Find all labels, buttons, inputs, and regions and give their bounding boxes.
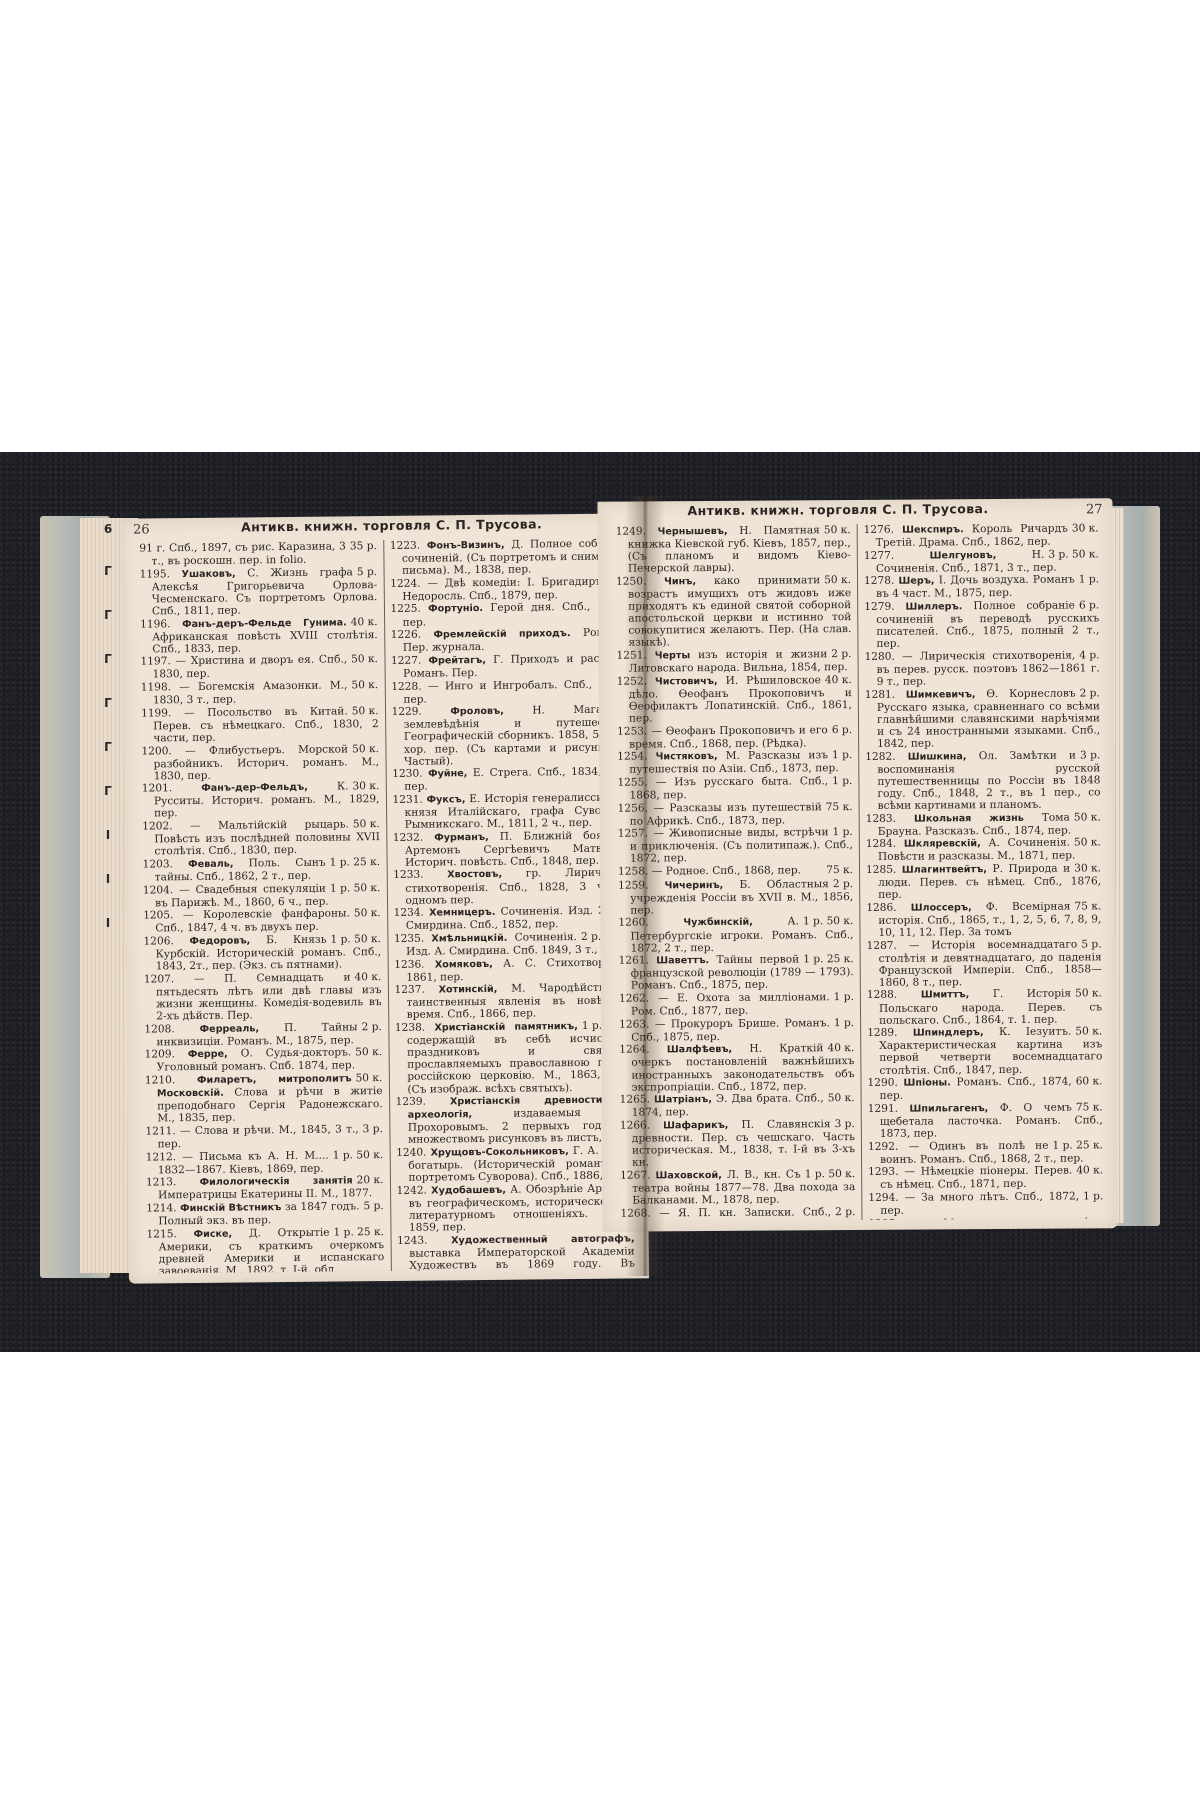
catalog-entry: 50 к.1289. Шпиндлеръ, К. Іезуитъ. Характ… bbox=[867, 1026, 1102, 1077]
entry-price: 2 р. bbox=[1075, 687, 1099, 699]
catalog-entry: 3 р.1266. Шафарикъ, П. Славянскія древно… bbox=[620, 1118, 855, 1169]
entry-author: Шатріанъ, bbox=[654, 1094, 712, 1105]
catalog-entry: 50 к.1265. Шатріанъ, Э. Два брата. Спб.,… bbox=[620, 1092, 855, 1119]
catalog-entry: 1227. Фрейтагъ, Г. Приходъ и расходъ. Ро… bbox=[391, 652, 629, 680]
entry-number: 1236. bbox=[394, 958, 424, 970]
entry-text: — Лирическія стихотворенія, въ перев. ру… bbox=[877, 649, 1100, 688]
entry-number: 1259. bbox=[618, 879, 648, 891]
entry-author: Чистовичъ, bbox=[655, 676, 718, 687]
catalog-entry: 1 р.1255. — Изъ русскаго быта. Спб., 186… bbox=[617, 775, 852, 802]
entry-number: 1226. bbox=[391, 629, 421, 641]
catalog-entry: 30 к.1201. Фанъ-дер-Фельдъ, К. Русситы. … bbox=[142, 780, 380, 820]
entry-number: 1294. bbox=[868, 1192, 898, 1204]
entry-author: Ушаковъ, bbox=[181, 568, 235, 580]
catalog-entry: 2 р. 50 к.1235. Хмѣльницкій. Сочиненія. … bbox=[394, 930, 632, 958]
entry-text: Африканская повѣсть XVIII столѣтія. Спб.… bbox=[152, 629, 378, 655]
left-page: 26 Антикв. книжн. торговля С. П. Трусова… bbox=[121, 513, 649, 1283]
catalog-entry: 1232. Фурманъ, П. Ближній бояринъ Артемо… bbox=[393, 829, 631, 869]
running-head: Антикв. книжн. торговля С. П. Трусова. bbox=[687, 501, 988, 518]
entry-number: 1214. bbox=[146, 1202, 176, 1214]
catalog-entry: 50 к.1210. Филаретъ, митрополитъ Московс… bbox=[145, 1072, 383, 1125]
catalog-entry: 1 р. 50 к.1206. Федоровъ, Б. Князь Курбс… bbox=[143, 933, 381, 973]
catalog-entry: 1 р.1262. — Е. Охота за милліонами. Ром.… bbox=[619, 991, 854, 1018]
catalog-entry: 1240. Хрущовъ-Сокольниковъ, Г. А. Чудо-б… bbox=[396, 1144, 634, 1184]
entry-price: 50 к. bbox=[820, 524, 851, 536]
entry-number: 1292. bbox=[868, 1140, 898, 1152]
catalog-entry: 50 к.1250. Чинъ, како принимати возрастъ… bbox=[616, 574, 852, 649]
entry-author: Шимкевичъ, bbox=[906, 689, 976, 700]
entry-number: 1261. bbox=[619, 955, 649, 967]
catalog-entry: 1242. Худобашевъ, А. Обозрѣніе Арменіи в… bbox=[396, 1182, 634, 1234]
catalog-entry: 30 к.1285. Шлагинтвейтъ, Р. Природа и лю… bbox=[866, 862, 1101, 901]
catalog-entry: 40 к.1293. — Нѣмецкіе піонеры. Перев. съ… bbox=[868, 1165, 1103, 1192]
entry-price: 30 к. bbox=[1070, 862, 1101, 874]
entry-price: 1 р. bbox=[828, 775, 852, 787]
entry-number: 1267. bbox=[620, 1169, 650, 1181]
catalog-entry: 50 к.1197. — Христина и дворъ ея. Спб., … bbox=[140, 653, 378, 681]
entry-price: 75 к. bbox=[1070, 900, 1101, 912]
entry-number: 1283. bbox=[866, 812, 896, 824]
entry-number: 1204. bbox=[143, 884, 173, 896]
entry-author: Хотинскій, bbox=[439, 984, 498, 996]
entry-price: 50 к. bbox=[1071, 1026, 1102, 1038]
entry-number: 1201. bbox=[142, 783, 172, 795]
entry-text: Н. Магазинъ землевѣдѣнія и путешествій. … bbox=[404, 704, 630, 768]
entry-text: — Королевскіе фанфароны. Спб., 1847, 4 ч… bbox=[155, 908, 350, 935]
entry-number: 1282. bbox=[865, 750, 895, 762]
spine-marks: 6ГГГГГГІІІ bbox=[98, 522, 118, 960]
entry-price: 1 р. 50 к. bbox=[326, 882, 381, 895]
book-photo: 6ГГГГГГІІІ 26 Антикв. книжн. торговля С.… bbox=[0, 452, 1200, 1352]
catalog-entry: 50 к.1198. — Богемскія Амазонки. М., 183… bbox=[141, 679, 379, 707]
entry-price: 40 к. bbox=[821, 674, 852, 686]
entry-number: 1253. bbox=[617, 725, 647, 737]
entry-number: 1293. bbox=[868, 1166, 898, 1178]
catalog-entry: 1243. Художественный автографъ, выставка… bbox=[397, 1232, 635, 1271]
entry-price: 1 р. 25 к. bbox=[329, 1226, 384, 1239]
entry-text: — Изъ русскаго быта. Спб., 1868, пер. bbox=[629, 775, 828, 801]
catalog-entry: 20 к.1213. Филологическія занятія Импера… bbox=[146, 1174, 384, 1202]
entry-number: 1228. bbox=[391, 680, 421, 692]
entry-price: 30 к. bbox=[1068, 522, 1099, 534]
entry-author: Шаховской, bbox=[656, 1170, 722, 1181]
entry-price: 60 к. bbox=[1072, 1075, 1103, 1087]
entry-price: 3 р. bbox=[1076, 749, 1100, 761]
catalog-entry: 1 р. 50 к.1204. — Свадебныя спекуляціи в… bbox=[143, 882, 381, 910]
entry-author: Черты bbox=[655, 650, 690, 661]
entry-price: 1 р. bbox=[828, 749, 852, 761]
entry-number: 1212. bbox=[146, 1151, 176, 1163]
catalog-entry: 1231. Фуксъ, Е. Исторія генералиссимуса … bbox=[392, 791, 630, 831]
catalog-entry: 1 р. 25 к.1203. Феваль, Поль. Сынъ тайны… bbox=[143, 856, 381, 884]
catalog-entry: 3 р.1211. — Слова и рѣчи. М., 1845, 3 т.… bbox=[145, 1123, 383, 1151]
entry-text: — Родное. Спб., 1868, пер. bbox=[652, 864, 801, 877]
entry-price: 3 р. bbox=[831, 1118, 855, 1130]
entry-price: 50 к. bbox=[1070, 837, 1101, 849]
entry-author: Фуксъ, bbox=[427, 794, 466, 805]
entry-author: Шиллеръ. bbox=[905, 601, 962, 612]
entry-author: Шпильгагенъ, bbox=[909, 1103, 988, 1115]
entry-author: Хемницеръ. bbox=[429, 907, 496, 919]
entry-number: 1223. bbox=[390, 540, 420, 552]
entry-number: 1268. bbox=[620, 1207, 650, 1219]
entry-author: Чужбинскій, bbox=[683, 917, 753, 928]
catalog-entry: 5 р.1214. Финскій Вѣстникъ за 1847 годъ.… bbox=[146, 1200, 384, 1228]
entry-text: — Прокуроръ Брише. Романъ. Спб., 1875, п… bbox=[631, 1017, 830, 1043]
entry-price: 1 р. 25 к. bbox=[326, 856, 381, 869]
entry-author: Фортуніо. bbox=[428, 603, 483, 615]
spine-mark: І bbox=[98, 916, 118, 930]
entry-number: 1215. bbox=[146, 1228, 176, 1240]
catalog-entry: 1 р.1254. Чистяковъ, М. Разсказы изъ пут… bbox=[617, 749, 852, 776]
entry-text: — Өеофанъ Прокоповичъ и его время. Спб.,… bbox=[629, 724, 828, 750]
entry-number: 1278. bbox=[864, 575, 894, 587]
entry-number: 1208. bbox=[144, 1023, 174, 1035]
catalog-entry: 1 р.1295. — Между молотомъ и наковальней… bbox=[868, 1216, 1103, 1220]
catalog-entry: 40 к.1207. — П. Семнадцать и пятьдесять … bbox=[144, 971, 382, 1023]
entry-number: 1206. bbox=[143, 935, 173, 947]
entry-number: 1281. bbox=[865, 688, 895, 700]
catalog-entry: 75 к.1291. Шпильгагенъ, Ф. О чемъ щебета… bbox=[868, 1101, 1103, 1140]
entry-author: Шкляревскій, bbox=[904, 838, 981, 850]
entry-number: 1262. bbox=[619, 992, 649, 1004]
entry-number: 1257. bbox=[618, 828, 648, 840]
entry-price: 3 р. bbox=[359, 1123, 383, 1135]
spine-mark: І bbox=[98, 828, 118, 842]
entry-number: 1203. bbox=[143, 858, 173, 870]
entry-number: 1198. bbox=[141, 681, 171, 693]
entry-author: Шафарикъ, bbox=[663, 1120, 728, 1131]
entry-price: 40 к. bbox=[347, 616, 378, 628]
catalog-entry: 1233. Хвостовъ, гр. Лирическія стихотвор… bbox=[393, 867, 631, 907]
entry-text: како принимати возрастъ имущихъ отъ жидо… bbox=[628, 574, 851, 649]
entry-number: 1250. bbox=[616, 575, 646, 587]
entry-number: 1249. bbox=[616, 525, 646, 537]
catalog-entry: 2 р.1259. Чичеринъ, Б. Областныя учрежде… bbox=[618, 878, 853, 917]
entry-price: 20 к. bbox=[353, 1174, 384, 1186]
entry-author: Христіанскій памятникъ, bbox=[434, 1021, 578, 1034]
catalog-entry: 2 р.1208. Ферреаль, П. Тайны инквизиціи.… bbox=[144, 1021, 382, 1049]
entry-author: Фиске, bbox=[194, 1228, 233, 1239]
entry-price: 4 р. bbox=[1075, 649, 1099, 661]
entry-price: 6 р. bbox=[828, 724, 852, 736]
catalog-entry: 60 к.1290. Шпіоны. Романъ. Спб., 1874, п… bbox=[867, 1075, 1102, 1102]
entry-author: Федоровъ, bbox=[189, 935, 250, 947]
entry-number: 1233. bbox=[393, 869, 423, 881]
entry-text: — Я. П. кн. Записки. Спб., 1821, пер. bbox=[632, 1206, 831, 1222]
catalog-entry: 1234. Хемницеръ. Сочиненія. Изд. 2-е А. … bbox=[394, 905, 632, 933]
entry-author: Шелгуновъ, bbox=[930, 550, 997, 561]
entry-number: 1243. bbox=[397, 1234, 427, 1246]
catalog-entry: 1 р. 25 к.1292. — Одинъ въ полѣ не воинъ… bbox=[868, 1139, 1103, 1166]
entry-price: 75 к. bbox=[822, 864, 853, 876]
entry-text: — Исторія восемнадцатаго столѣтія и девя… bbox=[879, 938, 1102, 989]
spine-mark: І bbox=[98, 872, 118, 886]
catalog-entry: 75 к.1286. Шлоссеръ, Ф. Всемірная исторі… bbox=[866, 900, 1101, 939]
catalog-entry: 1237. Хотинскій, М. Чародѣйство и таинст… bbox=[394, 982, 632, 1022]
catalog-entry: 2 р.1268. — Я. П. кн. Записки. Спб., 182… bbox=[620, 1206, 855, 1222]
catalog-entry: 50 к.1200. — Флибустьеръ. Морской разбой… bbox=[141, 743, 379, 783]
catalog-entry: 50 к.1288. Шмиттъ, Г. Исторія Польскаго … bbox=[867, 988, 1102, 1027]
entry-text: — Живописные виды, встрѣчи и приключенія… bbox=[630, 826, 853, 865]
entry-price: 3 р. 50 к. bbox=[1044, 548, 1099, 560]
entry-price: 1 р. bbox=[1079, 1216, 1103, 1220]
entry-text: — Нѣмецкіе піонеры. Перев. съ нѣмец. Спб… bbox=[880, 1165, 1072, 1191]
entry-author: Ферреаль, bbox=[200, 1023, 260, 1035]
entry-author: Шалфѣевъ, bbox=[667, 1044, 732, 1055]
entry-author: Фонъ-Визинъ, bbox=[427, 540, 505, 552]
entry-price: 35 р. bbox=[346, 540, 377, 552]
catalog-entry: 1229. Фроловъ, Н. Магазинъ землевѣдѣнія … bbox=[391, 704, 629, 768]
spine-mark: Г bbox=[98, 740, 118, 754]
entry-number: 1288. bbox=[867, 989, 897, 1001]
entry-author: Шеръ, bbox=[898, 576, 934, 587]
catalog-entry: 1223. Фонъ-Визинъ, Д. Полное собраніе со… bbox=[390, 537, 628, 577]
catalog-entry: 2 р.1281. Шимкевичъ, Ө. Корнесловъ Русск… bbox=[865, 687, 1100, 750]
entry-number: 1287. bbox=[867, 939, 897, 951]
entry-text: — Е. Охота за милліонами. Ром. Спб., 187… bbox=[631, 991, 830, 1017]
entry-number: 1238. bbox=[395, 1022, 425, 1034]
entry-price: 30 к. bbox=[348, 780, 379, 792]
entry-number: 1231. bbox=[392, 793, 422, 805]
entry-number: 1234. bbox=[394, 907, 424, 919]
entry-number: 1227. bbox=[391, 654, 421, 666]
entry-author: Шлагинтвейтъ, bbox=[902, 864, 987, 876]
entry-author: Шмиттъ, bbox=[921, 990, 969, 1001]
entry-price: 2 р. bbox=[827, 648, 851, 660]
spine-mark: Г bbox=[98, 608, 118, 622]
entry-price: 1 р. bbox=[830, 991, 854, 1003]
entry-number: 1277. bbox=[864, 549, 894, 561]
entry-number: 1225. bbox=[390, 603, 420, 615]
entry-number: 1289. bbox=[867, 1027, 897, 1039]
entry-text: — Разсказы изъ путешествій по Африкѣ. Сп… bbox=[630, 801, 822, 827]
entry-author: Феваль, bbox=[188, 858, 233, 869]
entry-text: — Письма къ А. Н. М.... 1832—1867. Кіевъ… bbox=[158, 1149, 329, 1176]
entry-number: 1202. bbox=[142, 820, 172, 832]
entry-author: Финскій Вѣстникъ bbox=[180, 1202, 281, 1214]
entry-author: Хомяковъ, bbox=[435, 958, 493, 970]
catalog-entry: 1 р.1263. — Прокуроръ Брише. Романъ. Спб… bbox=[619, 1017, 854, 1044]
catalog-entry: 1 р. 50 к.1260. Чужбинскій, А. Петербург… bbox=[618, 915, 853, 954]
entry-number: 1199. bbox=[141, 707, 171, 719]
entry-price: 1 р. 50 к. bbox=[801, 1168, 856, 1180]
entry-price: 50 к. bbox=[350, 907, 381, 919]
entry-number: 1255. bbox=[617, 776, 647, 788]
catalog-entry: 50 к.1249. Чернышевъ, Н. Памятная книжка… bbox=[616, 524, 851, 575]
entry-author: Чинъ, bbox=[664, 576, 696, 587]
catalog-entry: 3 р. 50 к.1277. Шелгуновъ, Н. Сочиненія.… bbox=[864, 548, 1099, 575]
entry-price: 1 р. bbox=[1079, 1190, 1103, 1202]
entry-number: 1295. bbox=[868, 1217, 898, 1220]
entry-number: 1210. bbox=[145, 1074, 175, 1086]
entry-number: 1209. bbox=[145, 1048, 175, 1060]
entry-number: 1252. bbox=[617, 675, 647, 687]
entry-text: гр. Лирическія стихотворенія. Спб., 1828… bbox=[405, 867, 631, 907]
entry-number: 1265. bbox=[620, 1094, 650, 1106]
entry-number: 1196. bbox=[140, 618, 170, 630]
entry-price: 6 р. bbox=[1075, 599, 1099, 611]
entry-price: 50 к. bbox=[351, 1046, 382, 1058]
entry-text: О. Судья-докторъ. Уголовный романъ. Спб.… bbox=[157, 1047, 355, 1074]
entry-price: 5 р. bbox=[353, 566, 377, 578]
entry-number: 1211. bbox=[145, 1125, 175, 1137]
entry-price: 50 к. bbox=[824, 1092, 855, 1104]
page-number: 27 bbox=[1086, 502, 1103, 517]
page-columns: 50 к.1249. Чернышевъ, Н. Памятная книжка… bbox=[610, 522, 1110, 1221]
entry-number: 1232. bbox=[393, 831, 423, 843]
entry-price: 1 р. 25 к. bbox=[1048, 1139, 1103, 1151]
entry-number: 1197. bbox=[140, 656, 170, 668]
catalog-entry: 1225. Фортуніо. Герой дня. Спб., 1873, п… bbox=[390, 601, 628, 629]
entry-author: Фроловъ, bbox=[450, 706, 504, 718]
entry-number: 1266. bbox=[620, 1119, 650, 1131]
entry-number: 1251. bbox=[616, 649, 646, 661]
entry-price: 1 р. bbox=[828, 826, 852, 838]
entry-author: Чичеринъ, bbox=[665, 880, 724, 891]
spine-mark: Г bbox=[98, 696, 118, 710]
entry-number: 1205. bbox=[143, 909, 173, 921]
entry-number: 1276. bbox=[864, 524, 894, 536]
entry-text: выставка Императорской Академіи Художест… bbox=[409, 1245, 635, 1271]
entry-author: Чистяковъ, bbox=[656, 751, 718, 762]
entry-price: 50 к. bbox=[349, 818, 380, 830]
entry-number: 1213. bbox=[146, 1176, 176, 1188]
entry-text: — Флибустьеръ. Морской разбойникъ. Истор… bbox=[154, 743, 380, 782]
catalog-entry: 5 р.1287. — Исторія восемнадцатаго столѣ… bbox=[867, 938, 1102, 989]
entry-author: Худобашевъ, bbox=[431, 1185, 506, 1197]
entry-price: 1 р. 50 к. bbox=[799, 915, 854, 927]
entry-text: — П. Семнадцать и пятьдесять лѣтъ или дв… bbox=[156, 971, 382, 1022]
entry-price: 1 р. bbox=[1075, 574, 1099, 586]
catalog-entry: 1 р. 25 к.1215. Фиске, Д. Открытіе Амери… bbox=[146, 1226, 384, 1274]
entry-author: Фуйне, bbox=[428, 768, 467, 779]
catalog-entry: 1226. Фремлейскій приходъ. Романъ. Пер. … bbox=[391, 627, 629, 655]
catalog-entry: 40 к.1252. Чистовичъ, И. Рѣшиловское дѣл… bbox=[617, 674, 852, 725]
entry-text: — Мальтійскій рыцарь. Повѣсть изъ послѣд… bbox=[154, 818, 380, 857]
entry-price: 50 к. bbox=[348, 705, 379, 717]
page-number: 26 bbox=[133, 522, 150, 537]
entry-price: 5 р. bbox=[1077, 938, 1101, 950]
column: 30 к.1276. Шекспиръ. Король Ричардъ Трет… bbox=[857, 522, 1110, 1220]
entry-number: 1279. bbox=[864, 601, 894, 613]
entry-price: 50 к. bbox=[348, 743, 379, 755]
catalog-entry: 2 р.1251. Черты изъ исторія и жизни Лито… bbox=[616, 648, 851, 675]
entry-price: 40 к. bbox=[1072, 1165, 1103, 1177]
spine-mark: Г bbox=[98, 784, 118, 798]
entry-number: 1195. bbox=[140, 568, 170, 580]
entry-text: — Богемскія Амазонки. М., 1830, 3 т., пе… bbox=[153, 679, 348, 706]
entry-text: — Свадебныя спекуляціи въ Парижѣ. М., 18… bbox=[155, 882, 329, 909]
entry-number: 1258. bbox=[618, 865, 648, 877]
entry-number: 1264. bbox=[619, 1044, 649, 1056]
entry-price: 40 к. bbox=[823, 1042, 854, 1054]
entry-number: 1239. bbox=[396, 1096, 426, 1108]
open-book: 6ГГГГГГІІІ 26 Антикв. книжн. торговля С.… bbox=[40, 486, 1160, 1276]
entry-text: — Посольство въ Китай. Перев. съ нѣмецка… bbox=[153, 705, 379, 744]
catalog-entry: 1 р.1294. — За много лѣтъ. Спб., 1872, п… bbox=[868, 1190, 1103, 1217]
entry-number: 1242. bbox=[396, 1184, 426, 1196]
catalog-entry: 1 р. 50 к.1212. — Письма къ А. Н. М.... … bbox=[146, 1149, 384, 1177]
entry-author: Хмѣльницкій. bbox=[431, 933, 507, 945]
entry-number: 1286. bbox=[866, 902, 896, 914]
entry-price: 50 к. bbox=[347, 679, 378, 691]
entry-author: Ферре, bbox=[188, 1049, 228, 1060]
spine-mark: Г bbox=[98, 652, 118, 666]
column: 50 к.1249. Чернышевъ, Н. Памятная книжка… bbox=[610, 524, 862, 1222]
entry-text: содержащій въ себѣ исчисленіе праздников… bbox=[407, 1033, 633, 1096]
entry-price: 50 к. bbox=[351, 1072, 382, 1084]
column: 35 р. 91 г. Спб., 1897, съ рис. Каразина… bbox=[133, 540, 390, 1274]
entry-text: — Слова и рѣчи. М., 1845, 3 т., пер. bbox=[157, 1123, 358, 1150]
catalog-entry: 75 к.1258. — Родное. Спб., 1868, пер. bbox=[618, 864, 853, 879]
entry-price: 40 к. bbox=[350, 971, 381, 983]
entry-number: 1290. bbox=[867, 1077, 897, 1089]
entry-author: Шекспиръ. bbox=[902, 524, 964, 535]
entry-number: 1229. bbox=[391, 706, 421, 718]
right-page: 27 Антикв. книжн. торговля С. П. Трусова… bbox=[597, 498, 1117, 1232]
entry-number: 1256. bbox=[618, 802, 648, 814]
catalog-entry: 1 р. 50 к.1238. Христіанскій памятникъ, … bbox=[395, 1019, 633, 1095]
entry-price: 1 р. bbox=[830, 1017, 854, 1029]
entry-number: 1280. bbox=[865, 651, 895, 663]
spine-mark: Г bbox=[98, 564, 118, 578]
entry-text: — Инго и Ингробалъ. Спб., 1879, пер. bbox=[403, 678, 628, 705]
entry-price: 75 к. bbox=[1072, 1101, 1103, 1113]
catalog-entry: 35 р. 91 г. Спб., 1897, съ рис. Каразина… bbox=[139, 540, 377, 568]
catalog-entry: 30 к.1276. Шекспиръ. Король Ричардъ Трет… bbox=[864, 522, 1099, 549]
entry-number: 1235. bbox=[394, 932, 424, 944]
entry-author: Фрейтагъ, bbox=[428, 655, 486, 667]
entry-number: 1291. bbox=[868, 1103, 898, 1115]
catalog-entry: 1239. Христіанскія древности и археологі… bbox=[396, 1094, 634, 1147]
entry-author: Шаветтъ. bbox=[656, 955, 709, 966]
entry-author: Чернышевъ, bbox=[658, 526, 728, 537]
entry-price: 50 к. bbox=[347, 653, 378, 665]
catalog-entry: 1 р.1278. Шеръ, I. Дочь воздуха. Романъ … bbox=[864, 574, 1099, 601]
entry-price: 50 к. bbox=[1070, 811, 1101, 823]
catalog-entry: 40 к.1196. Фанъ-деръ-Фельде Гунима. Афри… bbox=[140, 616, 378, 656]
entry-text: Н. Краткій очеркъ постановленій важнѣйши… bbox=[631, 1043, 854, 1094]
entry-author: Фанъ-деръ-Фельде Гунима. bbox=[182, 617, 347, 630]
catalog-entry: 50 к.1209. Ферре, О. Судья-докторъ. Угол… bbox=[145, 1046, 383, 1074]
catalog-entry: 1228. — Инго и Ингробалъ. Спб., 1879, пе… bbox=[391, 678, 629, 706]
entry-price: 1 р. 50 к. bbox=[326, 933, 381, 946]
entry-author: Хвостовъ, bbox=[447, 869, 502, 881]
catalog-entry: 50 к.1199. — Посольство въ Китай. Перев.… bbox=[141, 705, 379, 745]
entry-author: Фанъ-дер-Фельдъ, bbox=[201, 782, 308, 794]
catalog-entry: 1230. Фуйне, Е. Стрега. Спб., 1834, 4 ч.… bbox=[392, 766, 630, 794]
entry-number: 1254. bbox=[617, 751, 647, 763]
catalog-entry: 1 р.1257. — Живописные виды, встрѣчи и п… bbox=[618, 826, 853, 865]
entry-price: 5 р. bbox=[359, 1200, 383, 1212]
entry-price: 1 р. 25 к. bbox=[799, 953, 854, 965]
entry-text: — За много лѣтъ. Спб., 1872, пер. bbox=[880, 1190, 1079, 1216]
catalog-entry: 6 р.1253. — Өеофанъ Прокоповичъ и его вр… bbox=[617, 724, 852, 751]
spine-mark: 6 bbox=[98, 522, 118, 536]
entry-text: — Двѣ комедіи: I. Бригадиръ.—II. Недорос… bbox=[402, 575, 627, 602]
entry-number: 1224. bbox=[390, 577, 420, 589]
catalog-entry: 50 к.1205. — Королевскіе фанфароны. Спб.… bbox=[143, 907, 381, 935]
entry-price: 50 к. bbox=[820, 574, 851, 586]
entry-number: 1200. bbox=[141, 745, 171, 757]
entry-price: 1 р. 50 к. bbox=[329, 1149, 384, 1162]
catalog-entry: 50 к.1202. — Мальтійскій рыцарь. Повѣсть… bbox=[142, 818, 380, 858]
entry-number: 1240. bbox=[396, 1147, 426, 1159]
entry-number: 1260. bbox=[618, 917, 648, 929]
entry-number: 1237. bbox=[394, 984, 424, 996]
catalog-entry: 1 р. 25 к.1261. Шаветтъ. Тайны первой фр… bbox=[619, 953, 854, 992]
